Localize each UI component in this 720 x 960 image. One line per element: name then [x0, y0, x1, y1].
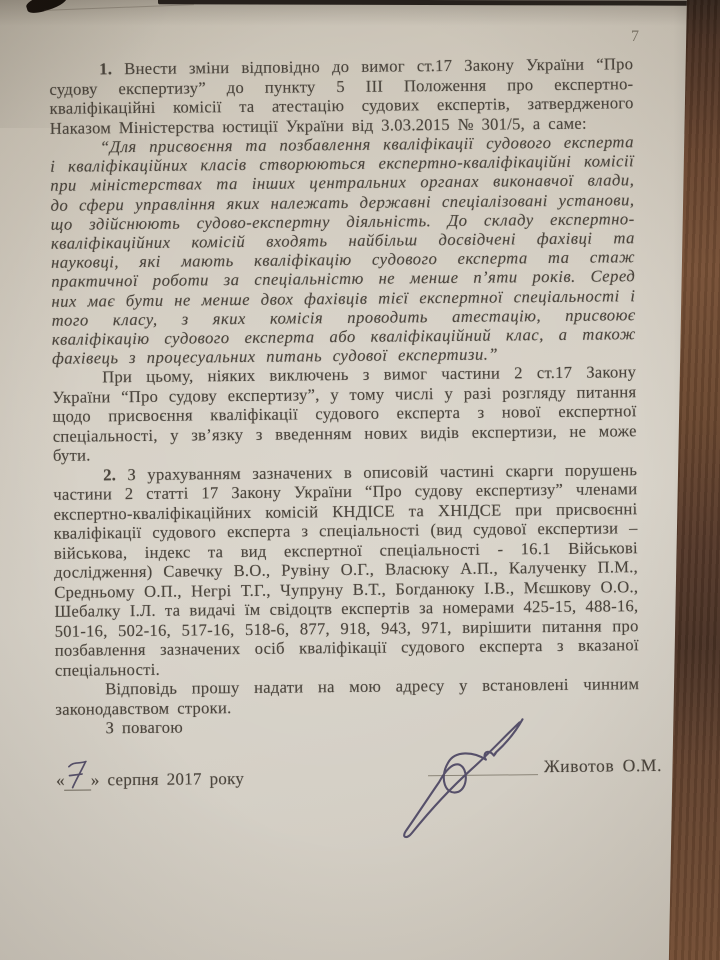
- paragraph-2: При цьому, ніяких виключень з вимог част…: [52, 363, 637, 466]
- signatory-name: Животов О.М.: [544, 756, 662, 777]
- document-page: 7 1. Внести зміни відповідно до вимог ст…: [0, 0, 720, 960]
- quoted-provision: “Для присвоєння та позбавлення кваліфіка…: [50, 132, 636, 368]
- date-and-signature-row: « » серпня 2017 року Животов О.М.: [56, 756, 640, 806]
- paragraph-1: 1. Внести зміни відповідно до вимог ст.1…: [49, 54, 634, 138]
- date-open-quote: «: [56, 771, 65, 790]
- paragraph-3: 2. З урахуванням зазначених в описовій ч…: [53, 460, 639, 680]
- handwritten-day: [66, 761, 90, 793]
- paragraph-3-number: 2.: [103, 465, 116, 484]
- document-body: 1. Внести зміни відповідно до вимог ст.1…: [49, 54, 640, 806]
- date-close-quote: »: [91, 770, 100, 789]
- paragraph-1-text: Внести зміни відповідно до вимог ст.17 З…: [49, 54, 633, 137]
- date-line: « » серпня 2017 року: [56, 769, 244, 790]
- paragraph-3-text: З урахуванням зазначених в описовій част…: [53, 460, 639, 680]
- page-number: 7: [620, 28, 650, 46]
- handwritten-signature: [391, 695, 568, 855]
- paragraph-1-number: 1.: [99, 59, 112, 78]
- handwritten-seven-glyph: [66, 757, 90, 791]
- photo-of-document: 7 1. Внести зміни відповідно до вимог ст…: [0, 0, 720, 960]
- date-text: серпня 2017 року: [99, 769, 244, 789]
